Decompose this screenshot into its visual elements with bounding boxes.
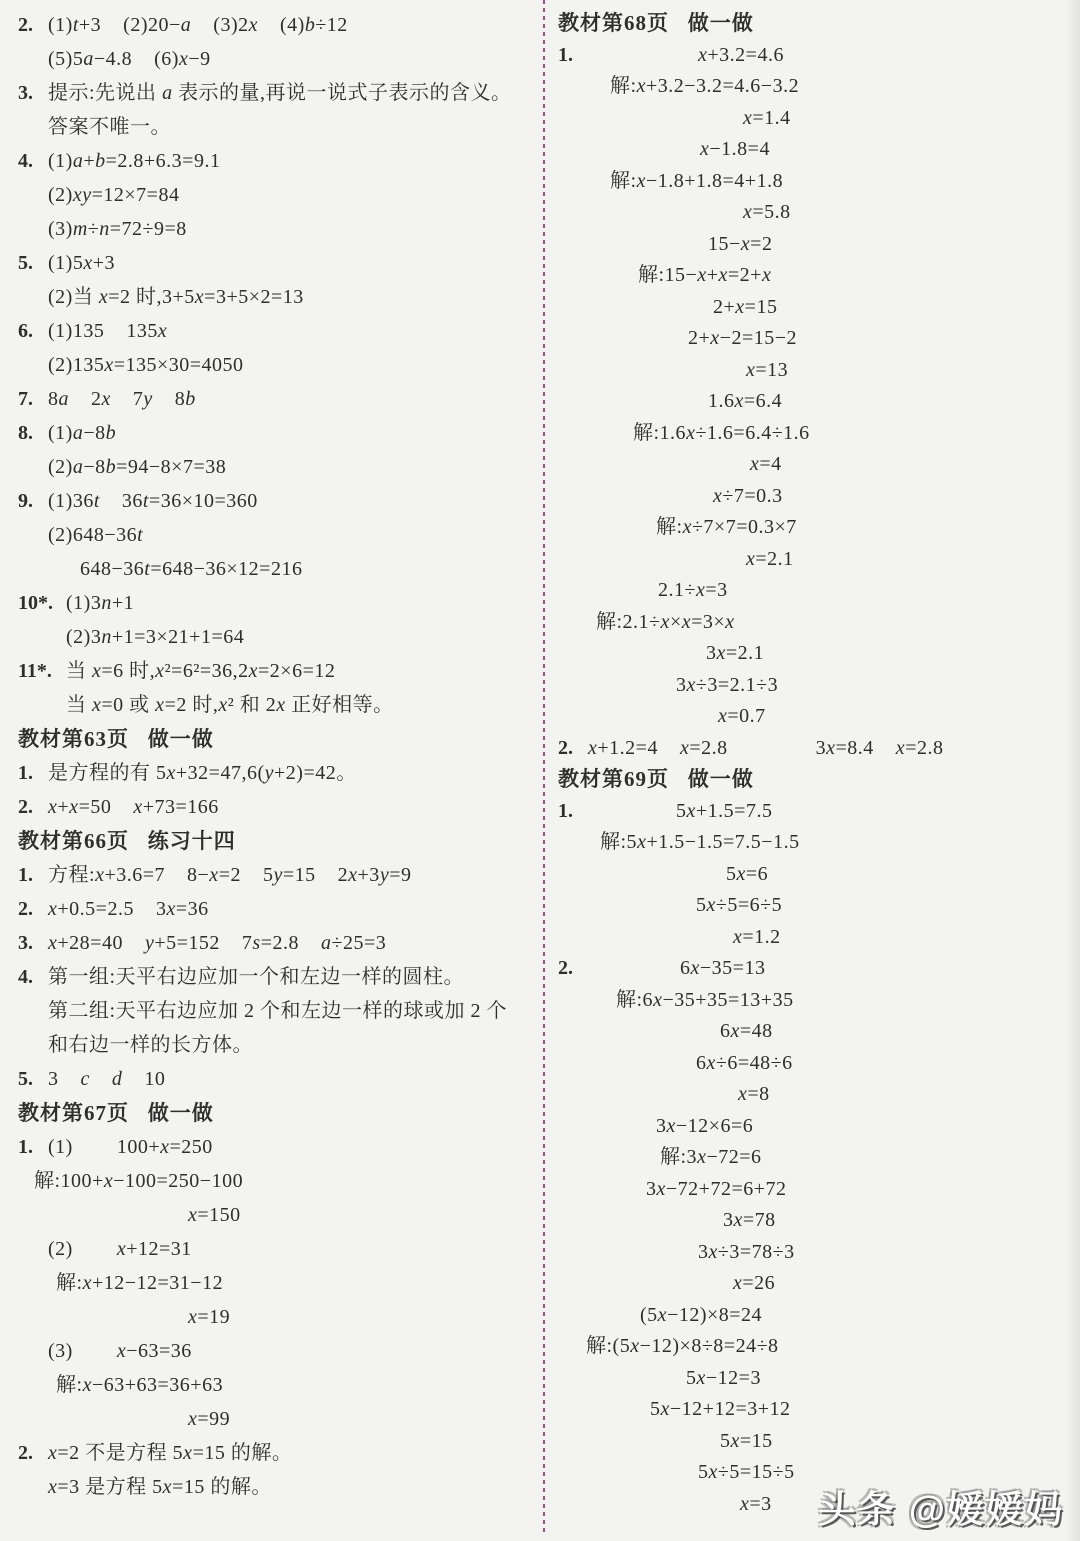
answer-text: 648−36t=648−36×12=216 [80,552,534,586]
answer-line: 6x÷6=48÷6 [558,1048,1070,1080]
answer-line: x=2.1 [558,544,1070,576]
answer-text: 是方程的有 5x+32=47,6(y+2)=42。 [48,756,534,790]
answer-text: 3x÷3=78÷3 [698,1237,1070,1269]
answer-text: 解:1.6x÷1.6=6.4÷1.6 [633,418,1070,450]
item-number: 9. [18,484,33,518]
answer-line: x=8 [558,1079,1070,1111]
answer-text: (2) x+12=31 [48,1232,534,1266]
heading-text: 教材第63页 做一做 [18,722,534,756]
answer-line: 解:100+x−100=250−100 [18,1164,534,1198]
answer-line: x=19 [18,1300,534,1334]
answer-text: 3x−72+72=6+72 [646,1174,1070,1206]
answer-text: x=1.4 [743,103,1070,135]
answer-text: x+28=40 y+5=152 7s=2.8 a÷25=3 [48,926,534,960]
answer-text: 解:2.1÷x×x=3×x [596,607,1070,639]
answer-line: 5x=15 [558,1426,1070,1458]
answer-text: 解:x+3.2−3.2=4.6−3.2 [610,71,1070,103]
item-number: 4. [18,144,33,178]
item-number: 1. [18,1130,33,1164]
answer-text: 5x−12+12=3+12 [650,1394,1070,1426]
answer-text: x=1.2 [733,922,1070,954]
answer-line: (2) x+12=31 [18,1232,534,1266]
answer-line: 3x÷3=78÷3 [558,1237,1070,1269]
answer-text: 解:x÷7×7=0.3×7 [656,512,1070,544]
item-number: 2. [18,892,33,926]
answer-line: 7.8a 2x 7y 8b [18,382,534,416]
answer-text: (3) x−63=36 [48,1334,534,1368]
answer-text: (1)a−8b [48,416,534,450]
answer-text: 解:3x−72=6 [660,1142,1070,1174]
answer-line: x=5.8 [558,197,1070,229]
answer-line: 1.(1) 100+x=250 [18,1130,534,1164]
answer-text: 第一组:天平右边应加一个和左边一样的圆柱。 [48,960,534,994]
answer-line: 解:x−63+63=36+63 [18,1368,534,1402]
answer-line: 6x=48 [558,1016,1070,1048]
answer-text: 5x=6 [726,859,1070,891]
answer-text: x÷7=0.3 [713,481,1070,513]
answer-text: (2)a−8b=94−8×7=38 [48,450,534,484]
section-heading: 教材第66页 练习十四 [18,824,534,858]
answer-text: 解:100+x−100=250−100 [34,1164,534,1198]
answer-line: 2.1÷x=3 [558,575,1070,607]
answer-line: 10*.(1)3n+1 [18,586,534,620]
answer-line: 4.第一组:天平右边应加一个和左边一样的圆柱。 [18,960,534,994]
answer-text: 提示:先说出 a 表示的量,再说一说式子表示的含义。 [48,76,534,110]
answer-text: 6x−35=13 [680,953,1070,985]
answer-text: 解:x−63+63=36+63 [56,1368,534,1402]
answer-text: x=0.7 [718,701,1070,733]
answer-text: 解:x−1.8+1.8=4+1.8 [610,166,1070,198]
answer-line: 2.6x−35=13 [558,953,1070,985]
answer-line: 解:x+12−12=31−12 [18,1266,534,1300]
answer-line: 第二组:天平右边应加 2 个和左边一样的球或加 2 个 [18,994,534,1028]
answer-text: x+x=50 x+73=166 [48,790,534,824]
answer-line: 解:6x−35+35=13+35 [558,985,1070,1017]
answer-text: 2+x−2=15−2 [688,323,1070,355]
answer-line: 6.(1)135 135x [18,314,534,348]
answer-line: 解:x+3.2−3.2=4.6−3.2 [558,71,1070,103]
answer-line: x−1.8=4 [558,134,1070,166]
answer-line: (3)m÷n=72÷9=8 [18,212,534,246]
item-number: 10*. [18,586,53,620]
answer-text: 2.1÷x=3 [658,575,1070,607]
answer-line: 648−36t=648−36×12=216 [18,552,534,586]
answer-line: 答案不唯一。 [18,110,534,144]
answer-text: 方程:x+3.6=7 8−x=2 5y=15 2x+3y=9 [48,858,534,892]
answer-text: 和右边一样的长方体。 [48,1028,534,1062]
answer-text: (2)648−36t [48,518,534,552]
answer-text: x=150 [188,1198,534,1232]
answer-line: 3x÷3=2.1÷3 [558,670,1070,702]
answer-text: x=99 [188,1402,534,1436]
answer-line: 1.x+3.2=4.6 [558,40,1070,72]
answer-text: (1)135 135x [48,314,534,348]
item-number: 11*. [18,654,52,688]
item-number: 1. [18,756,33,790]
answer-line: 5x÷5=6÷5 [558,890,1070,922]
answer-line: (2)648−36t [18,518,534,552]
answer-line: (2)当 x=2 时,3+5x=3+5×2=13 [18,280,534,314]
watermark: 头条 @嫒嫒妈 [819,1479,1064,1533]
answer-line: 9.(1)36t 36t=36×10=360 [18,484,534,518]
answer-line: (2)a−8b=94−8×7=38 [18,450,534,484]
item-number: 2. [558,953,573,985]
answer-line: 解:1.6x÷1.6=6.4÷1.6 [558,418,1070,450]
answer-line: (2)135x=135×30=4050 [18,348,534,382]
answer-text: 5x+1.5=7.5 [676,796,1070,828]
answer-line: 1.6x=6.4 [558,386,1070,418]
answer-line: 2.x=2 不是方程 5x=15 的解。 [18,1436,534,1470]
answer-line: 2.x+1.2=4 x=2.8 3x=8.4 x=2.8 [558,733,1070,765]
item-number: 5. [18,246,33,280]
answer-line: 5x−12+12=3+12 [558,1394,1070,1426]
answer-text: x=2.1 [746,544,1070,576]
answer-text: 3x=78 [723,1205,1070,1237]
answer-line: 11*.当 x=6 时,x²=6²=36,2x=2×6=12 [18,654,534,688]
left-column: 2.(1)t+3 (2)20−a (3)2x (4)b÷12(5)5a−4.8 … [18,8,534,1504]
item-number: 1. [558,796,573,828]
item-number: 3. [18,76,33,110]
item-number: 3. [18,926,33,960]
answer-text: x−1.8=4 [700,134,1070,166]
item-number: 2. [18,1436,33,1470]
answer-line: (3) x−63=36 [18,1334,534,1368]
heading-text: 教材第69页 做一做 [558,764,1070,796]
answer-line: 2.(1)t+3 (2)20−a (3)2x (4)b÷12 [18,8,534,42]
answer-text: x=4 [750,449,1070,481]
answer-line: 3x=78 [558,1205,1070,1237]
answer-text: 解:(5x−12)×8÷8=24÷8 [586,1331,1070,1363]
answer-text: x=13 [746,355,1070,387]
answer-line: x=1.4 [558,103,1070,135]
answer-line: 15−x=2 [558,229,1070,261]
heading-text: 教材第66页 练习十四 [18,824,534,858]
item-number: 1. [558,40,573,72]
answer-text: 2+x=15 [713,292,1070,324]
page: 2.(1)t+3 (2)20−a (3)2x (4)b÷12(5)5a−4.8 … [0,0,1080,1541]
section-heading: 教材第67页 做一做 [18,1096,534,1130]
answer-line: 3x−12×6=6 [558,1111,1070,1143]
answer-text: 解:6x−35+35=13+35 [616,985,1070,1017]
answer-text: (1)3n+1 [66,586,534,620]
answer-line: 解:3x−72=6 [558,1142,1070,1174]
answer-line: 1.是方程的有 5x+32=47,6(y+2)=42。 [18,756,534,790]
item-number: 4. [18,960,33,994]
answer-line: x÷7=0.3 [558,481,1070,513]
answer-line: 2+x−2=15−2 [558,323,1070,355]
answer-text: 6x=48 [720,1016,1070,1048]
answer-text: x=19 [188,1300,534,1334]
answer-line: x=13 [558,355,1070,387]
item-number: 2. [18,790,33,824]
answer-text: (1)36t 36t=36×10=360 [48,484,534,518]
answer-line: x=99 [18,1402,534,1436]
answer-text: (1) 100+x=250 [48,1130,534,1164]
answer-line: 5x−12=3 [558,1363,1070,1395]
answer-line: 解:(5x−12)×8÷8=24÷8 [558,1331,1070,1363]
answer-line: 2.x+0.5=2.5 3x=36 [18,892,534,926]
section-heading: 教材第63页 做一做 [18,722,534,756]
answer-line: 解:x−1.8+1.8=4+1.8 [558,166,1070,198]
answer-text: 答案不唯一。 [48,110,534,144]
answer-line: 3x=2.1 [558,638,1070,670]
answer-line: (2)xy=12×7=84 [18,178,534,212]
answer-text: 5x÷5=6÷5 [696,890,1070,922]
answer-text: x=8 [738,1079,1070,1111]
answer-text: x+1.2=4 x=2.8 3x=8.4 x=2.8 [588,733,1070,765]
answer-line: (2)3n+1=3×21+1=64 [18,620,534,654]
answer-text: 解:x+12−12=31−12 [56,1266,534,1300]
answer-text: 当 x=0 或 x=2 时,x² 和 2x 正好相等。 [66,688,534,722]
answer-line: 5x=6 [558,859,1070,891]
answer-text: (5)5a−4.8 (6)x−9 [48,42,534,76]
answer-line: 5.(1)5x+3 [18,246,534,280]
heading-text: 教材第67页 做一做 [18,1096,534,1130]
answer-text: (1)a+b=2.8+6.3=9.1 [48,144,534,178]
answer-line: 当 x=0 或 x=2 时,x² 和 2x 正好相等。 [18,688,534,722]
answer-text: (1)t+3 (2)20−a (3)2x (4)b÷12 [48,8,534,42]
answer-text: (2)当 x=2 时,3+5x=3+5×2=13 [48,280,534,314]
answer-line: x=150 [18,1198,534,1232]
answer-text: 5x=15 [720,1426,1070,1458]
answer-line: x=1.2 [558,922,1070,954]
answer-text: 5x−12=3 [686,1363,1070,1395]
answer-text: 3 c d 10 [48,1062,534,1096]
answer-line: 5.3 c d 10 [18,1062,534,1096]
answer-line: 3.x+28=40 y+5=152 7s=2.8 a÷25=3 [18,926,534,960]
answer-line: 解:5x+1.5−1.5=7.5−1.5 [558,827,1070,859]
section-heading: 教材第69页 做一做 [558,764,1070,796]
heading-text: 教材第68页 做一做 [558,8,1070,40]
answer-text: 3x÷3=2.1÷3 [676,670,1070,702]
answer-line: 解:2.1÷x×x=3×x [558,607,1070,639]
item-number: 5. [18,1062,33,1096]
answer-text: (3)m÷n=72÷9=8 [48,212,534,246]
answer-line: x=3 是方程 5x=15 的解。 [18,1470,534,1504]
answer-line: (5)5a−4.8 (6)x−9 [18,42,534,76]
answer-text: (5x−12)×8=24 [640,1300,1070,1332]
answer-line: 解:15−x+x=2+x [558,260,1070,292]
item-number: 1. [18,858,33,892]
item-number: 6. [18,314,33,348]
item-number: 2. [18,8,33,42]
answer-line: (5x−12)×8=24 [558,1300,1070,1332]
answer-text: 6x÷6=48÷6 [696,1048,1070,1080]
answer-line: x=4 [558,449,1070,481]
right-column: 教材第68页 做一做1.x+3.2=4.6解:x+3.2−3.2=4.6−3.2… [558,8,1070,1520]
answer-text: 15−x=2 [708,229,1070,261]
answer-text: 8a 2x 7y 8b [48,382,534,416]
answer-line: 和右边一样的长方体。 [18,1028,534,1062]
answer-text: 解:5x+1.5−1.5=7.5−1.5 [600,827,1070,859]
answer-line: 1.方程:x+3.6=7 8−x=2 5y=15 2x+3y=9 [18,858,534,892]
answer-text: 解:15−x+x=2+x [638,260,1070,292]
answer-text: x+0.5=2.5 3x=36 [48,892,534,926]
answer-line: 4.(1)a+b=2.8+6.3=9.1 [18,144,534,178]
answer-text: (2)xy=12×7=84 [48,178,534,212]
answer-text: 当 x=6 时,x²=6²=36,2x=2×6=12 [66,654,534,688]
item-number: 8. [18,416,33,450]
answer-line: 3.提示:先说出 a 表示的量,再说一说式子表示的含义。 [18,76,534,110]
answer-text: 3x−12×6=6 [656,1111,1070,1143]
answer-line: 解:x÷7×7=0.3×7 [558,512,1070,544]
answer-text: (2)135x=135×30=4050 [48,348,534,382]
answer-text: x+3.2=4.6 [698,40,1070,72]
answer-text: x=3 是方程 5x=15 的解。 [48,1470,534,1504]
answer-text: x=26 [733,1268,1070,1300]
answer-text: (1)5x+3 [48,246,534,280]
answer-line: 3x−72+72=6+72 [558,1174,1070,1206]
column-divider [543,0,545,1533]
answer-text: 1.6x=6.4 [708,386,1070,418]
item-number: 2. [558,733,573,765]
answer-line: 8.(1)a−8b [18,416,534,450]
answer-line: 2+x=15 [558,292,1070,324]
answer-text: x=5.8 [743,197,1070,229]
answer-text: 第二组:天平右边应加 2 个和左边一样的球或加 2 个 [48,994,534,1028]
item-number: 7. [18,382,33,416]
answer-text: 3x=2.1 [706,638,1070,670]
answer-line: x=26 [558,1268,1070,1300]
section-heading: 教材第68页 做一做 [558,8,1070,40]
answer-line: x=0.7 [558,701,1070,733]
answer-text: x=2 不是方程 5x=15 的解。 [48,1436,534,1470]
answer-text: (2)3n+1=3×21+1=64 [66,620,534,654]
answer-line: 1.5x+1.5=7.5 [558,796,1070,828]
answer-line: 2.x+x=50 x+73=166 [18,790,534,824]
